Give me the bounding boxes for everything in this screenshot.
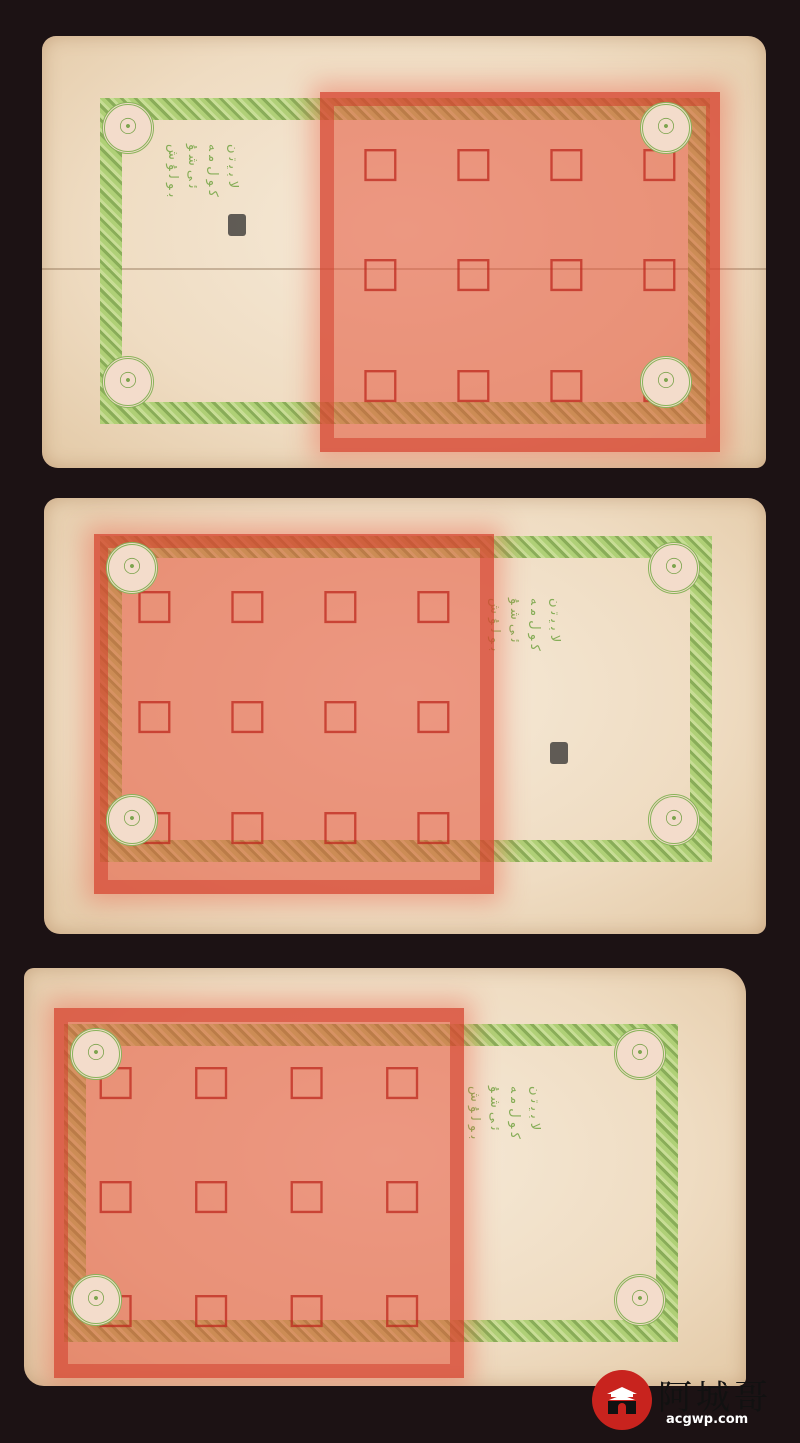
seal-glyph: □ <box>228 579 268 628</box>
banknote-1: ﻻ ﺑ ﻳ ﺗ ﻥ ﻛ ﻮ ﻝ ﻣ ﻪ ﺋ ﻰ ﺷ ﯘ ﺑ ﻮ ﻟ ﯘ ﺵ □ … <box>42 36 766 468</box>
seal-glyph: □ <box>640 247 680 296</box>
seal-glyph: □ <box>547 358 587 407</box>
site-watermark: 阿城哥 acgwp.com <box>586 1366 800 1438</box>
seal-glyph: □ <box>414 689 454 738</box>
corner-medallion-icon: ☉ <box>640 102 692 154</box>
corner-medallion-icon: ☉ <box>640 356 692 408</box>
uyghur-script-text: ﻻ ﺑ ﻳ ﺗ ﻥ ﻛ ﻮ ﻝ ﻣ ﻪ ﺋ ﻰ ﺷ ﯘ ﺑ ﻮ ﻟ ﯘ ﺵ <box>464 1086 544 1326</box>
seal-glyph: □ <box>361 137 401 186</box>
banknote-2: ﻻ ﺑ ﻳ ﺗ ﻥ ﻛ ﻮ ﻝ ﻣ ﻪ ﺋ ﻰ ﺷ ﯘ ﺑ ﻮ ﻟ ﯘ ﺵ □ … <box>44 498 766 934</box>
seal-glyph: □ <box>191 1055 231 1104</box>
seal-glyph: □ <box>361 358 401 407</box>
seal-glyph: □ <box>191 1283 231 1332</box>
uyghur-script-text: ﻻ ﺑ ﻳ ﺗ ﻥ ﻛ ﻮ ﻝ ﻣ ﻪ ﺋ ﻰ ﺷ ﯘ ﺑ ﻮ ﻟ ﯘ ﺵ <box>162 144 242 384</box>
watermark-logo <box>592 1370 652 1430</box>
seal-glyph: □ <box>454 358 494 407</box>
seal-glyph: □ <box>321 689 361 738</box>
seal-glyph: □ <box>382 1169 422 1218</box>
seal-glyph: □ <box>228 800 268 849</box>
seal-glyph: □ <box>135 689 175 738</box>
seal-glyph: □ <box>321 800 361 849</box>
seal-glyph: □ <box>96 1169 136 1218</box>
banknote-3: ﻻ ﺑ ﻳ ﺗ ﻥ ﻛ ﻮ ﻝ ﻣ ﻪ ﺋ ﻰ ﺷ ﯘ ﺑ ﻮ ﻟ ﯘ ﺵ □ … <box>24 968 746 1386</box>
corner-medallion-icon: ☉ <box>70 1028 122 1080</box>
seal-glyph: □ <box>414 579 454 628</box>
corner-medallion-icon: ☉ <box>648 542 700 594</box>
corner-medallion-icon: ☉ <box>614 1028 666 1080</box>
corner-medallion-icon: ☉ <box>648 794 700 846</box>
seal-glyph: □ <box>191 1169 231 1218</box>
palace-gate-icon <box>605 1385 639 1415</box>
corner-medallion-icon: ☉ <box>70 1274 122 1326</box>
seal-glyph: □ <box>321 579 361 628</box>
seal-glyph: □ <box>547 137 587 186</box>
corner-medallion-icon: ☉ <box>102 356 154 408</box>
corner-medallion-icon: ☉ <box>106 542 158 594</box>
seal-glyph: □ <box>414 800 454 849</box>
uyghur-script-text: ﻻ ﺑ ﻳ ﺗ ﻥ ﻛ ﻮ ﻝ ﻣ ﻪ ﺋ ﻰ ﺷ ﯘ ﺑ ﻮ ﻟ ﯘ ﺵ <box>484 598 564 848</box>
watermark-url: acgwp.com <box>666 1412 748 1427</box>
seal-glyph: □ <box>287 1169 327 1218</box>
corner-medallion-icon: ☉ <box>106 794 158 846</box>
seal-glyph: □ <box>382 1283 422 1332</box>
red-seal-overprint: □ □ □ □ □ □ □ □ □ □ □ □ <box>94 534 494 894</box>
seal-glyph: □ <box>361 247 401 296</box>
seal-glyph: □ <box>454 137 494 186</box>
seal-glyph: □ <box>228 689 268 738</box>
seal-glyph: □ <box>287 1283 327 1332</box>
corner-medallion-icon: ☉ <box>102 102 154 154</box>
seal-glyph: □ <box>382 1055 422 1104</box>
seal-glyph: □ <box>454 247 494 296</box>
corner-medallion-icon: ☉ <box>614 1274 666 1326</box>
seal-glyph: □ <box>547 247 587 296</box>
seal-glyph: □ <box>287 1055 327 1104</box>
ink-stamp-mark <box>228 214 246 236</box>
ink-stamp-mark <box>550 742 568 764</box>
